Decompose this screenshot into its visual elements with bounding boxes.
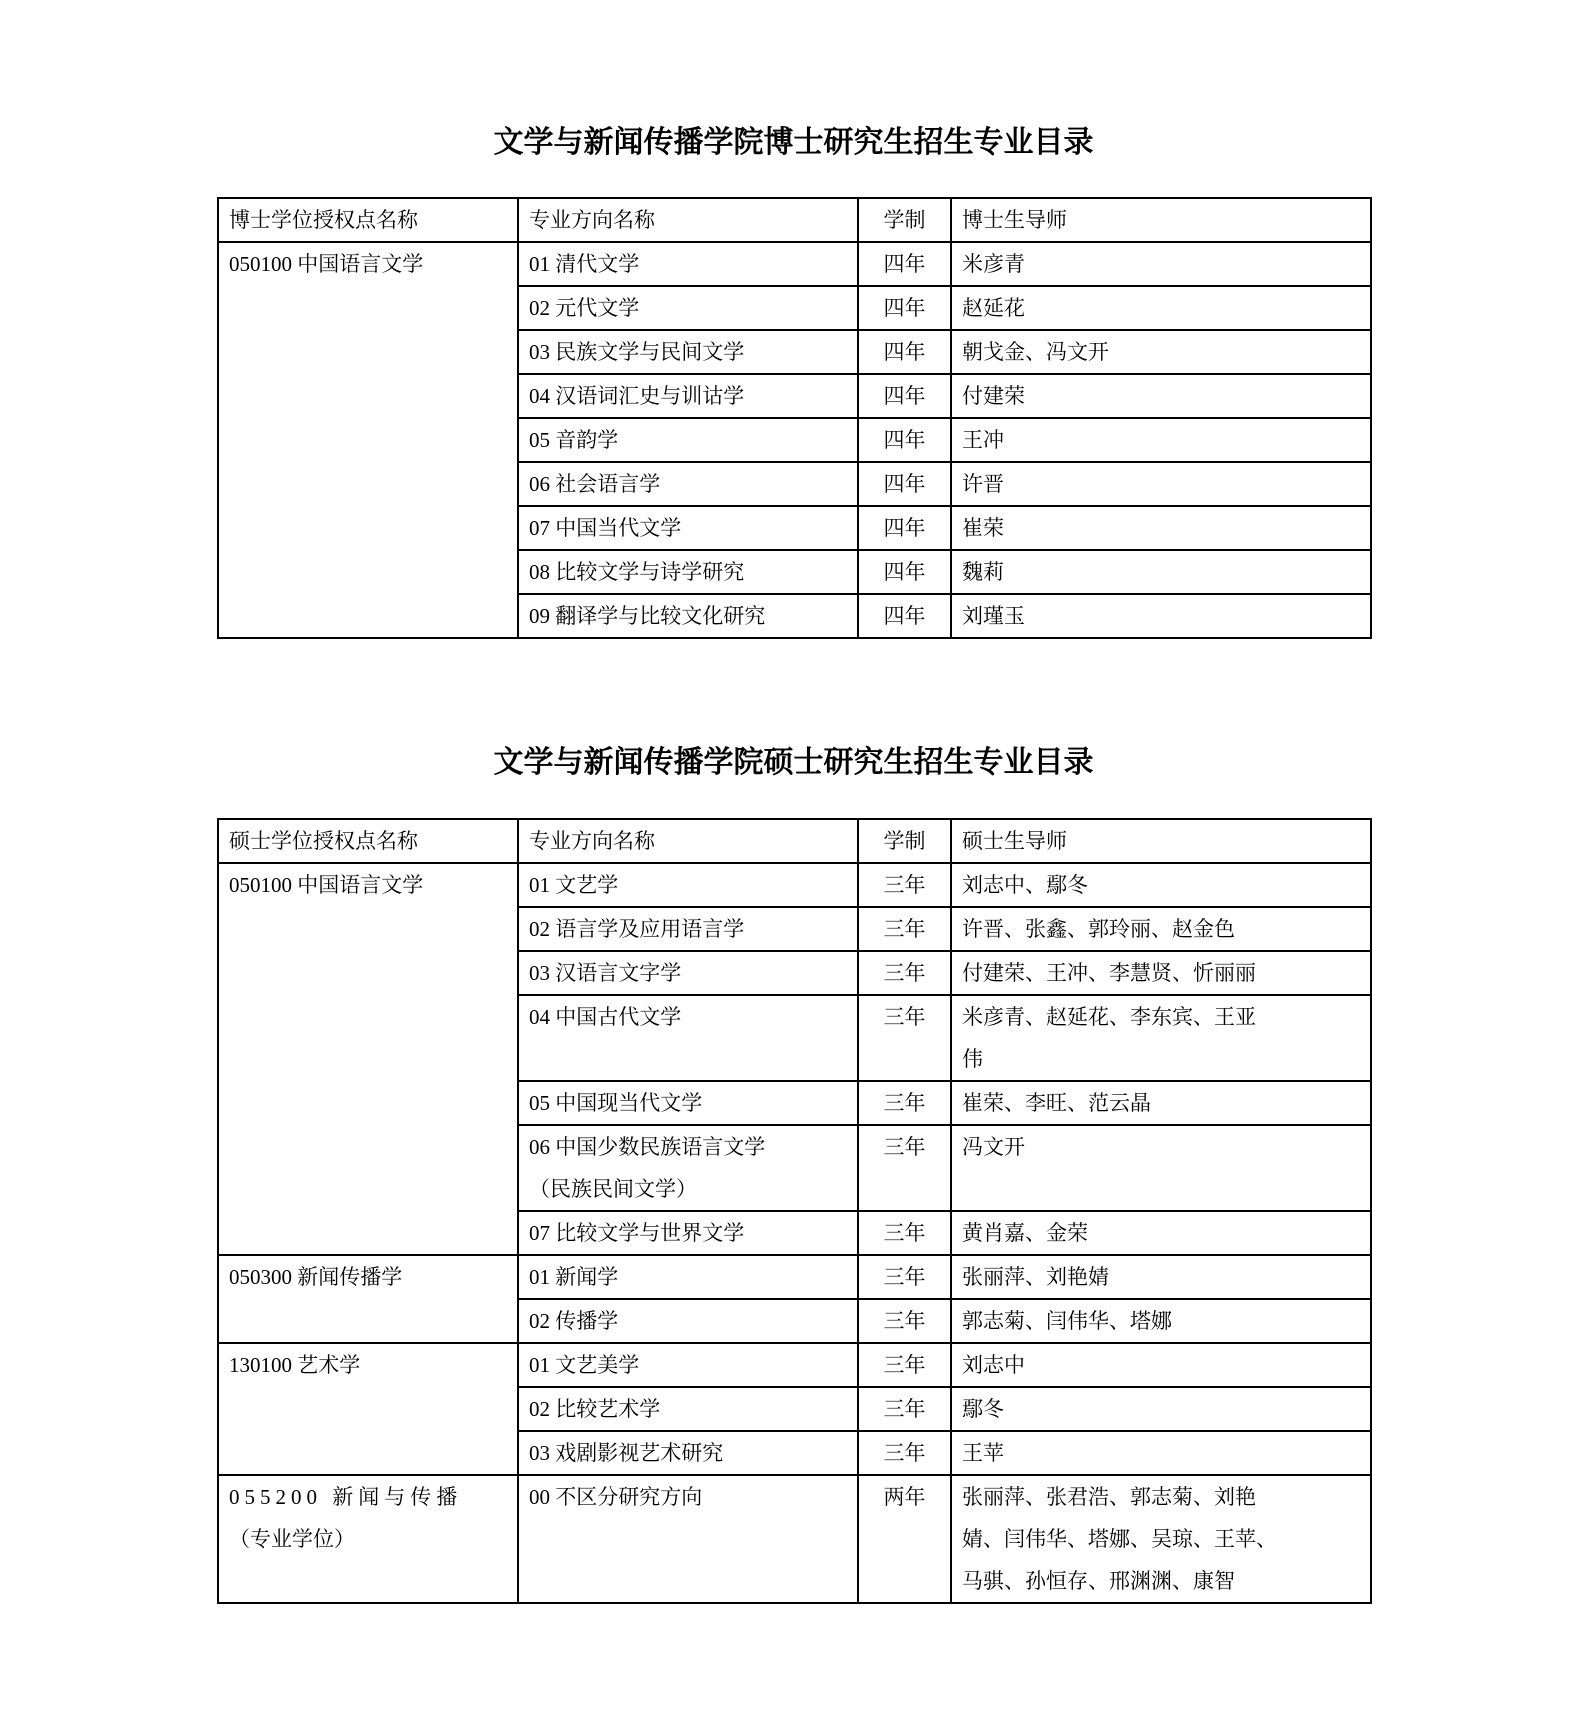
specialty-cell: 03 戏剧影视艺术研究 [518,1431,858,1475]
program-cell: 050300 新闻传播学 [218,1255,518,1343]
duration-cell: 三年 [858,1299,951,1343]
duration-cell: 三年 [858,863,951,907]
duration-cell: 两年 [858,1475,951,1603]
duration-cell: 三年 [858,1255,951,1299]
specialty-cell: 08 比较文学与诗学研究 [518,550,858,594]
mentors-cell: 魏莉 [951,550,1371,594]
mentors-cell: 鄢冬 [951,1387,1371,1431]
duration-cell: 四年 [858,374,951,418]
specialty-cell: 02 语言学及应用语言学 [518,907,858,951]
table-row: 055200 新闻与传播（专业学位）00 不区分研究方向两年张丽萍、张君浩、郭志… [218,1475,1371,1603]
duration-cell: 四年 [858,462,951,506]
specialty-cell: 09 翻译学与比较文化研究 [518,594,858,638]
specialty-cell: 04 中国古代文学 [518,995,858,1081]
column-header: 硕士学位授权点名称 [218,819,518,863]
column-header: 学制 [858,198,951,242]
mentors-cell: 崔荣 [951,506,1371,550]
mentors-cell: 付建荣、王冲、李慧贤、忻丽丽 [951,951,1371,995]
mentors-cell: 王冲 [951,418,1371,462]
mentors-cell: 刘志中 [951,1343,1371,1387]
duration-cell: 四年 [858,550,951,594]
header-row: 硕士学位授权点名称专业方向名称学制硕士生导师 [218,819,1371,863]
duration-cell: 四年 [858,418,951,462]
duration-cell: 三年 [858,1387,951,1431]
specialty-cell: 05 音韵学 [518,418,858,462]
mentors-cell: 崔荣、李旺、范云晶 [951,1081,1371,1125]
mentors-cell: 张丽萍、刘艳婧 [951,1255,1371,1299]
doctoral-catalog-table: 博士学位授权点名称专业方向名称学制博士生导师050100 中国语言文学01 清代… [217,197,1372,639]
mentors-cell: 赵延花 [951,286,1371,330]
duration-cell: 三年 [858,951,951,995]
program-degree-line: （专业学位） [229,1518,507,1560]
masters-catalog-table: 硕士学位授权点名称专业方向名称学制硕士生导师050100 中国语言文学01 文艺… [217,818,1372,1604]
mentors-cell: 王苹 [951,1431,1371,1475]
program-cell: 055200 新闻与传播（专业学位） [218,1475,518,1603]
duration-cell: 四年 [858,594,951,638]
table-row: 130100 艺术学01 文艺美学三年刘志中 [218,1343,1371,1387]
specialty-cell: 05 中国现当代文学 [518,1081,858,1125]
column-header: 博士生导师 [951,198,1371,242]
program-code-line: 055200 新闻与传播 [229,1476,507,1518]
mentors-cell: 张丽萍、张君浩、郭志菊、刘艳 婧、闫伟华、塔娜、吴琼、王苹、 马骐、孙恒存、邢渊… [951,1475,1371,1603]
specialty-cell: 04 汉语词汇史与训诂学 [518,374,858,418]
table-row: 050100 中国语言文学01 文艺学三年刘志中、鄢冬 [218,863,1371,907]
program-cell: 050100 中国语言文学 [218,242,518,638]
specialty-cell: 01 清代文学 [518,242,858,286]
table-row: 050100 中国语言文学01 清代文学四年米彦青 [218,242,1371,286]
masters-catalog-title: 文学与新闻传播学院硕士研究生招生专业目录 [217,741,1370,785]
duration-cell: 三年 [858,1431,951,1475]
duration-cell: 三年 [858,1125,951,1211]
column-header: 学制 [858,819,951,863]
program-cell: 130100 艺术学 [218,1343,518,1475]
specialty-cell: 07 比较文学与世界文学 [518,1211,858,1255]
mentors-cell: 付建荣 [951,374,1371,418]
specialty-cell: 02 传播学 [518,1299,858,1343]
specialty-cell: 01 文艺美学 [518,1343,858,1387]
specialty-cell: 01 新闻学 [518,1255,858,1299]
column-header: 博士学位授权点名称 [218,198,518,242]
duration-cell: 三年 [858,1343,951,1387]
duration-cell: 四年 [858,506,951,550]
doctoral-catalog-title: 文学与新闻传播学院博士研究生招生专业目录 [217,121,1370,165]
mentors-cell: 郭志菊、闫伟华、塔娜 [951,1299,1371,1343]
mentors-cell: 朝戈金、冯文开 [951,330,1371,374]
duration-cell: 三年 [858,1081,951,1125]
table-row: 050300 新闻传播学01 新闻学三年张丽萍、刘艳婧 [218,1255,1371,1299]
mentors-cell: 冯文开 [951,1125,1371,1211]
duration-cell: 三年 [858,1211,951,1255]
column-header: 硕士生导师 [951,819,1371,863]
header-row: 博士学位授权点名称专业方向名称学制博士生导师 [218,198,1371,242]
specialty-cell: 03 民族文学与民间文学 [518,330,858,374]
specialty-cell: 02 比较艺术学 [518,1387,858,1431]
duration-cell: 三年 [858,907,951,951]
column-header: 专业方向名称 [518,819,858,863]
mentors-cell: 许晋 [951,462,1371,506]
specialty-cell: 01 文艺学 [518,863,858,907]
mentors-cell: 刘志中、鄢冬 [951,863,1371,907]
specialty-cell: 06 中国少数民族语言文学 （民族民间文学） [518,1125,858,1211]
column-header: 专业方向名称 [518,198,858,242]
duration-cell: 三年 [858,995,951,1081]
mentors-cell: 米彦青、赵延花、李东宾、王亚 伟 [951,995,1371,1081]
duration-cell: 四年 [858,286,951,330]
program-cell: 050100 中国语言文学 [218,863,518,1255]
specialty-cell: 07 中国当代文学 [518,506,858,550]
specialty-cell: 06 社会语言学 [518,462,858,506]
duration-cell: 四年 [858,242,951,286]
specialty-cell: 00 不区分研究方向 [518,1475,858,1603]
mentors-cell: 刘瑾玉 [951,594,1371,638]
specialty-cell: 03 汉语言文字学 [518,951,858,995]
mentors-cell: 米彦青 [951,242,1371,286]
mentors-cell: 许晋、张鑫、郭玲丽、赵金色 [951,907,1371,951]
document-page: 文学与新闻传播学院博士研究生招生专业目录 博士学位授权点名称专业方向名称学制博士… [217,0,1370,1604]
mentors-cell: 黄肖嘉、金荣 [951,1211,1371,1255]
specialty-cell: 02 元代文学 [518,286,858,330]
duration-cell: 四年 [858,330,951,374]
